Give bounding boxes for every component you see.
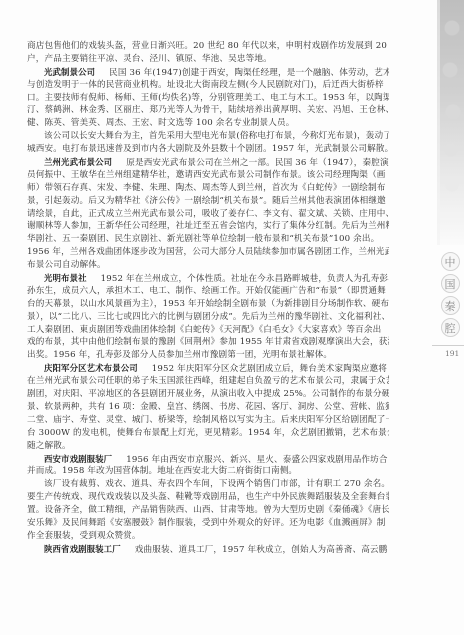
text-line: 汀、蔡鹤洲、林金秀、区丽庄、郑乃光等人为骨干，陆续培养出黄厚明、关宏、冯旭、王仓… [27, 104, 389, 117]
text-line: 景、软景两种，共有 16 项：金殿、皇宫、绣阁、书房、花园、客厅、洞房、公堂、营… [27, 401, 389, 414]
text-line: 戏的布景，其中由他们绘制布景的豫剧《回荆州》参加 1955 年甘肃省戏剧观摩演出… [27, 336, 389, 349]
line-text: 景，引起轰动。后又为精华社《济公传》一剧绘制“机关布景”。随后兰州其他表演团体相… [27, 196, 386, 206]
line-text: 谢顺林等人参加，王新华任公司经理，社址迁至五省会馆内，实行了集体分红制。先后为兰… [27, 221, 389, 231]
line-text: 城西安。电打布景迅速普及到市内各大剧院及外县数十个剧团。1957 年，光武制景公… [27, 144, 389, 154]
line-text: 民国 36 年(1947)创建于西安，陶渠任经理，是一个融脑、体劳动，艺术科研 [109, 68, 389, 78]
text-line: 作全套服装，受到观众赞赏。 [27, 530, 389, 543]
decorative-pattern-strip [440, 0, 464, 245]
book-page: 商店包售他们的戏装头盔，营业日渐兴旺。20 世纪 80 年代以来，申明村戏剧作坊… [0, 0, 464, 635]
title-char: 腔 [441, 318, 460, 337]
title-char: 秦 [441, 296, 460, 315]
line-text: 工人秦剧团、東贞剧团等戏曲团体绘制《白蛇传》《天河配》《白毛女》《大家喜欢》等百… [27, 325, 381, 335]
line-text: 师）带领石存真、宋发、李健、朱理、陶杰、周杰等人到兰州，首次为《白蛇传》一剧绘制… [27, 183, 386, 193]
entry-heading-line: 陕西省戏剧服装工厂戏曲服装、道具工厂，1957 年秋成立，创始人为高善斋、高云鹏 [27, 543, 389, 556]
line-text: 剧团，对庆阳、平凉地区的各县剧团开展业务，从演出收入中提成 25%。公司制作的布… [27, 389, 389, 399]
text-line: 随之解散。 [27, 440, 389, 453]
line-text: 该厂设有裁剪、戏衣、道具、寿衣四个车间，下设两个销售门市部，计有职工 270 余… [44, 479, 389, 489]
line-text: 戏的布景，其中由他们绘制布景的豫剧《回荆州》参加 1955 年甘肃省戏剧观摩演出… [27, 337, 389, 347]
entry-heading-line: 光明布景社1952 年在兰州成立，个体性质。社址在今永昌路畔城巷，负责人为孔寿彭… [27, 272, 389, 285]
title-char: 中 [441, 252, 460, 271]
entry-title: 庆阳军分区艺术布景公司 [44, 363, 138, 373]
line-text: 台的天幕景，以山水风景画为主），1953 年开始绘制全剧布景（为新排剧目分场制作… [27, 299, 389, 309]
text-line: 城西安。电打布景迅速普及到市内各大剧院及外县数十个剧团。1957 年，光武制景公… [27, 143, 389, 156]
entry-title: 兰州光武布景公司 [44, 157, 112, 167]
line-text: 商店包售他们的戏装头盔，营业日渐兴旺。20 世纪 80 年代以来，申明村戏剧作坊… [27, 41, 389, 51]
entry-heading-line: 西安市戏剧服装厂1956 年由西安市京服兴、新兴、星火、泰盛公四家戏剧用品作坊合 [27, 453, 389, 466]
text-line: 布景公司自动解体。 [27, 259, 389, 272]
text-line: 户，产品主要销往平凉、灵台、泾川、镇原、华池、吴忠等地。 [27, 53, 389, 66]
vertical-book-title: 中 国 秦 腔 [440, 252, 460, 337]
line-text: 1952 年在兰州成立，个体性质。社址在今永昌路畔城巷，负责人为孔寿彭、 [101, 274, 389, 284]
divider [432, 345, 464, 346]
entry-title: 西安市戏剧服装厂 [44, 454, 112, 464]
line-text: 要生产传统戏、现代戏戏装以及头盔、鞋靴等戏剧用品，也生产中外民族舞蹈服装及全套舞… [27, 492, 389, 502]
line-text: 布景公司自动解体。 [27, 260, 106, 270]
text-line: 景），以“二比八、三比七或四比六的比例与剧团分成”。先后为兰州的豫华剧社、文化福… [27, 311, 389, 324]
entry-heading-line: 兰州光武布景公司原是西安光武布景公司在兰州之一部。民国 36 年（1947），秦… [27, 156, 389, 169]
text-line: 在兰州光武布景公司任职的弟子朱玉国派往西峰，组建起自负盈亏的艺术布景公司，隶属于… [27, 375, 389, 388]
line-text: 口。主要技师有倪师、杨师、王师(均佚名)等，分别管理美工、电工与木工。1953 … [27, 93, 389, 103]
line-text: 孙东生，成员六人，承担木工、电工、制作、绘画工作。开始仅能画广告和“布景”（即贯… [27, 286, 386, 296]
text-line: 景，引起轰动。后又为精华社《济公传》一剧绘制“机关布景”。随后兰州其他表演团体相… [27, 195, 389, 208]
text-line: 台的天幕景，以山水风景画为主），1953 年开始绘制全剧布景（为新排剧目分场制作… [27, 298, 389, 311]
line-text: 随之解散。 [27, 441, 71, 451]
line-text: 汀、蔡鹤洲、林金秀、区丽庄、郑乃光等人为骨干，陆续培养出黄厚明、关宏、冯旭、王仓… [27, 105, 389, 115]
line-text: 在兰州光武布景公司任职的弟子朱玉国派往西峰，组建起自负盈亏的艺术布景公司，隶属于… [27, 376, 389, 386]
line-text: 1956 年，兰州各戏曲团体逐步改为国营，公司大部分人员陆续参加市属各剧团工作，… [27, 247, 389, 257]
line-text: 并而成。1958 年改为国营体制。地址在西安北大街二府街街口南侧。 [27, 466, 297, 476]
text-line: 商店包售他们的戏装头盔，营业日渐兴旺。20 世纪 80 年代以来，申明村戏剧作坊… [27, 40, 389, 53]
text-line: 与创造发明于一体的民营商业机构。址设北大街南段左侧(今人民剧院对门)，后迁西大街… [27, 79, 389, 92]
line-text: 员何振中、王敏华在兰州组建精华社，邀请西安光武布景公司制作布景。该公司经理陶渠（… [27, 170, 386, 180]
text-line: 该厂设有裁剪、戏衣、道具、寿衣四个车间，下设两个销售门市部，计有职工 270 余… [27, 478, 389, 491]
text-line: 师）带领石存真、宋发、李健、朱理、陶杰、周杰等人到兰州，首次为《白蛇传》一剧绘制… [27, 182, 389, 195]
text-line: 工人秦剧团、東贞剧团等戏曲团体绘制《白蛇传》《天河配》《白毛女》《大家喜欢》等百… [27, 324, 389, 337]
text-line: 孙东生，成员六人，承担木工、电工、制作、绘画工作。开始仅能画广告和“布景”（即贯… [27, 285, 389, 298]
text-line: 1956 年，兰州各戏曲团体逐步改为国营，公司大部分人员陆续参加市属各剧团工作，… [27, 246, 389, 259]
body-text: 商店包售他们的戏装头盔，营业日渐兴旺。20 世纪 80 年代以来，申明村戏剧作坊… [27, 40, 389, 556]
text-line: 华剧社、五一秦剧团、民生京剧社、新光剧社等单位绘制一般布景和“机关布景”100 … [27, 233, 389, 246]
entry-title: 陕西省戏剧服装工厂 [44, 544, 121, 554]
text-line: 谢顺林等人参加，王新华任公司经理，社址迁至五省会馆内，实行了集体分红制。先后为兰… [27, 220, 389, 233]
line-text: 与创造发明于一体的民营商业机构。址设北大街南段左侧(今人民剧院对门)，后迁西大街… [27, 80, 384, 90]
page-number: 191 [445, 349, 459, 358]
text-line: 请绘景，自此，正式成立兰州光武布景公司，吸收了姜存仁、李文有、翟文斌、关锁、庄用… [27, 208, 389, 221]
line-text: 该公司以长安大舞台为主，首先采用大型电光布景(俗称电打布景，今称灯光布景)，轰动… [44, 131, 389, 141]
entry-heading-line: 光武制景公司民国 36 年(1947)创建于西安，陶渠任经理，是一个融脑、体劳动… [27, 66, 389, 79]
text-line: 出奖。1956 年，孔寿彭及部分人员参加兰州市豫剧第一团，光明布景社解体。 [27, 349, 389, 362]
line-text: 1952 年庆阳军分区众艺剧团成立后，舞台美术家陶渠应邀将 [152, 364, 387, 374]
line-text: 华剧社、五一秦剧团、民生京剧社、新光剧社等单位绘制一般布景和“机关布景”100 … [27, 234, 379, 244]
line-text: 户，产品主要销往平凉、灵台、泾川、镇原、华池、吴忠等地。 [27, 54, 272, 64]
line-text: 作全套服装，受到观众赞赏。 [27, 531, 141, 541]
text-line: 并而成。1958 年改为国营体制。地址在西安北大街二府街街口南侧。 [27, 465, 389, 478]
text-line: 二堂、庙宇、寿堂、灵堂、城门、桥梁等，绘制风格以写实为主。后来庆阳军分区给剧团配… [27, 414, 389, 427]
line-text: 安乐舞》及民间舞蹈《安塞腰鼓》制作服装，受到中外观众的好评。还为电影《血溅画屏》… [27, 518, 386, 528]
text-line: 台 3000W 的发电机，使舞台布景配上灯光，更见精彩。1954 年，众艺剧团撤… [27, 427, 389, 440]
text-line: 该公司以长安大舞台为主，首先采用大型电光布景(俗称电打布景，今称灯光布景)，轰动… [27, 130, 389, 143]
text-line: 置。设备齐全，做工精细，产品销售陕西、山西、甘肃等地。曾为大型历史剧《秦俑魂》《… [27, 504, 389, 517]
text-line: 健、陈英、管美英、周杰、王宏、时文选等 100 余名专业制景人员。 [27, 117, 389, 130]
line-text: 景），以“二比八、三比七或四比六的比例与剧团分成”。先后为兰州的豫华剧社、文化福… [27, 312, 389, 322]
text-line: 员何振中、王敏华在兰州组建精华社，邀请西安光武布景公司制作布景。该公司经理陶渠（… [27, 169, 389, 182]
entry-title: 光武制景公司 [44, 67, 95, 77]
line-text: 置。设备齐全，做工精细，产品销售陕西、山西、甘肃等地。曾为大型历史剧《秦俑魂》《… [27, 505, 389, 515]
text-line: 剧团，对庆阳、平凉地区的各县剧团开展业务，从演出收入中提成 25%。公司制作的布… [27, 388, 389, 401]
line-text: 请绘景，自此，正式成立兰州光武布景公司，吸收了姜存仁、李文有、翟文斌、关锁、庄用… [27, 209, 389, 219]
text-line: 口。主要技师有倪师、杨师、王师(均佚名)等，分别管理美工、电工与木工。1953 … [27, 92, 389, 105]
entry-heading-line: 庆阳军分区艺术布景公司1952 年庆阳军分区众艺剧团成立后，舞台美术家陶渠应邀将 [27, 362, 389, 375]
line-text: 台 3000W 的发电机，使舞台布景配上灯光，更见精彩。1954 年，众艺剧团撤… [27, 428, 389, 438]
title-char: 国 [441, 274, 460, 293]
entry-title: 光明布景社 [44, 273, 87, 283]
text-line: 安乐舞》及民间舞蹈《安塞腰鼓》制作服装，受到中外观众的好评。还为电影《血溅画屏》… [27, 517, 389, 530]
text-line: 要生产传统戏、现代戏戏装以及头盔、鞋靴等戏剧用品，也生产中外民族舞蹈服装及全套舞… [27, 491, 389, 504]
line-text: 出奖。1956 年，孔寿彭及部分人员参加兰州市豫剧第一团，光明布景社解体。 [27, 350, 332, 360]
line-text: 景、软景两种，共有 16 项：金殿、皇宫、绣阁、书房、花园、客厅、洞房、公堂、营… [27, 402, 389, 412]
line-text: 健、陈英、管美英、周杰、王宏、时文选等 100 余名专业制景人员。 [27, 118, 294, 128]
line-text: 原是西安光武布景公司在兰州之一部。民国 36 年（1947），秦腔演 [126, 158, 389, 168]
line-text: 二堂、庙宇、寿堂、灵堂、城门、桥梁等，绘制风格以写实为主。后来庆阳军分区给剧团配… [27, 415, 389, 425]
line-text: 戏曲服装、道具工厂，1957 年秋成立，创始人为高善斋、高云鹏 [135, 545, 388, 555]
line-text: 1956 年由西安市京服兴、新兴、星火、泰盛公四家戏剧用品作坊合 [126, 455, 387, 465]
